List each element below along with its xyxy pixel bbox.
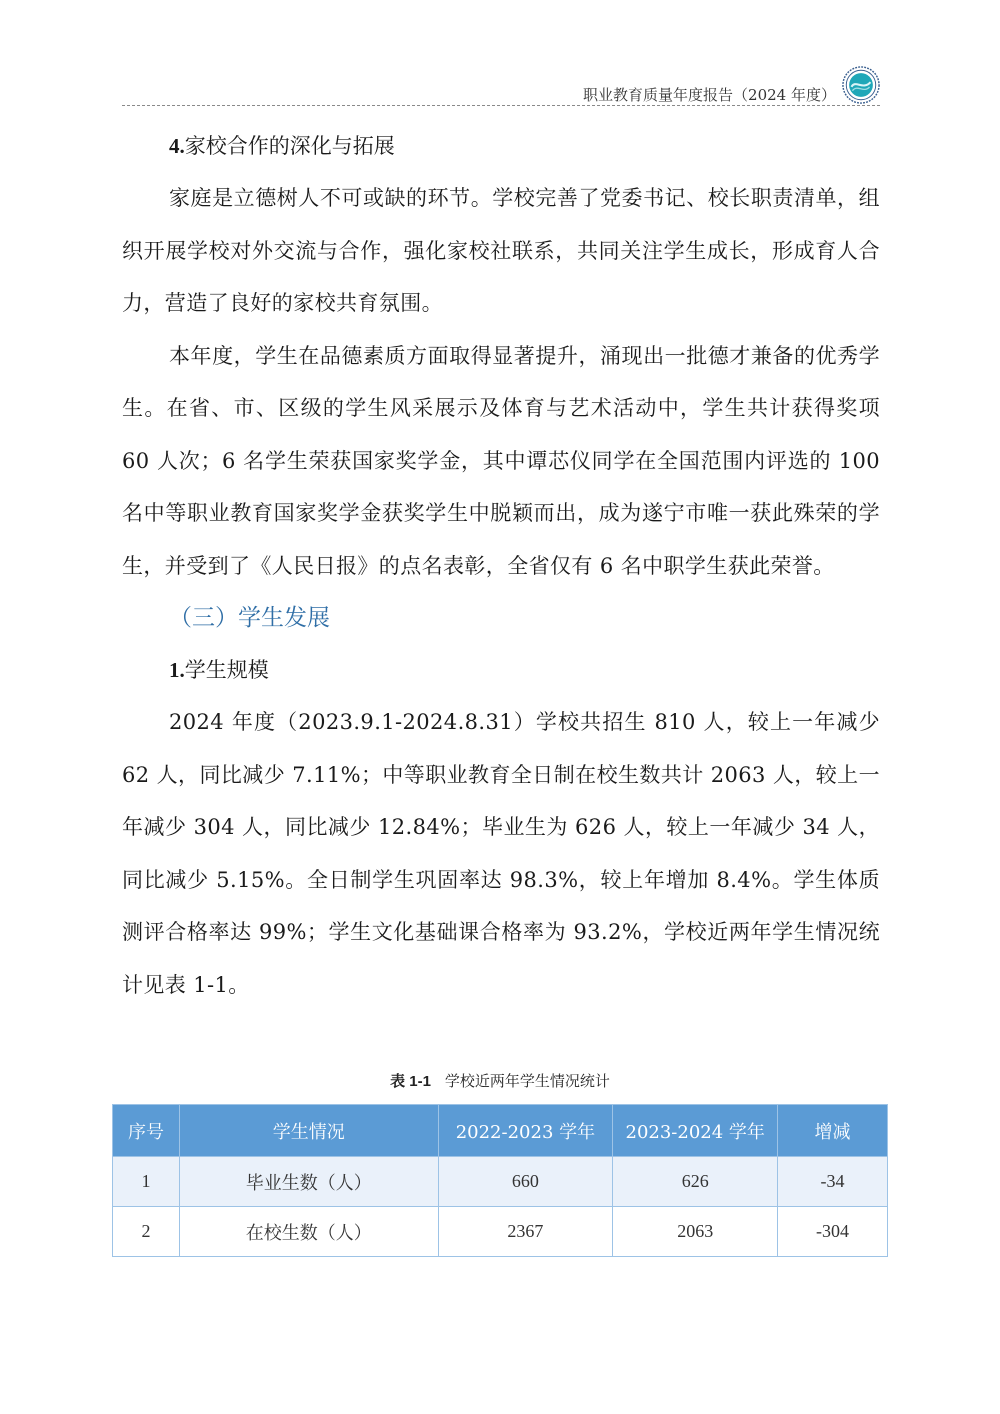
cell-value: 2063 bbox=[613, 1207, 778, 1257]
cell-change: -304 bbox=[778, 1207, 888, 1257]
column-header: 2022-2023 学年 bbox=[438, 1105, 613, 1157]
table-row: 1 毕业生数（人） 660 626 -34 bbox=[113, 1157, 888, 1207]
heading-text: 学生规模 bbox=[185, 658, 269, 682]
column-header: 2023-2024 学年 bbox=[613, 1105, 778, 1157]
subsection-heading-1: 1.学生规模 bbox=[122, 644, 880, 696]
paragraph: 2024 年度（2023.9.1-2024.8.31）学校共招生 810 人，较… bbox=[122, 696, 880, 1011]
header-divider bbox=[122, 105, 880, 106]
page-header: 职业教育质量年度报告（2024 年度） bbox=[122, 62, 880, 106]
cell-change: -34 bbox=[778, 1157, 888, 1207]
cell-index: 1 bbox=[113, 1157, 180, 1207]
column-header: 增减 bbox=[778, 1105, 888, 1157]
cell-label: 毕业生数（人） bbox=[179, 1157, 438, 1207]
paragraph: 家庭是立德树人不可或缺的环节。学校完善了党委书记、校长职责清单，组织开展学校对外… bbox=[122, 172, 880, 330]
report-title: 职业教育质量年度报告（2024 年度） bbox=[583, 84, 836, 105]
table-header-row: 序号 学生情况 2022-2023 学年 2023-2024 学年 增减 bbox=[113, 1105, 888, 1157]
subsection-heading-4: 4.家校合作的深化与拓展 bbox=[122, 120, 880, 172]
column-header: 学生情况 bbox=[179, 1105, 438, 1157]
heading-text: 家校合作的深化与拓展 bbox=[185, 134, 395, 158]
table-title: 学校近两年学生情况统计 bbox=[445, 1072, 610, 1090]
heading-number: 1. bbox=[169, 658, 185, 682]
column-header: 序号 bbox=[113, 1105, 180, 1157]
document-body: 4.家校合作的深化与拓展 家庭是立德树人不可或缺的环节。学校完善了党委书记、校长… bbox=[122, 120, 880, 1011]
student-stats-table: 序号 学生情况 2022-2023 学年 2023-2024 学年 增减 1 毕… bbox=[112, 1104, 888, 1257]
paragraph: 本年度，学生在品德素质方面取得显著提升，涌现出一批德才兼备的优秀学生。在省、市、… bbox=[122, 330, 880, 593]
section-heading-student-development: （三）学生发展 bbox=[122, 592, 880, 644]
table-row: 2 在校生数（人） 2367 2063 -304 bbox=[113, 1207, 888, 1257]
cell-value: 626 bbox=[613, 1157, 778, 1207]
cell-value: 660 bbox=[438, 1157, 613, 1207]
cell-value: 2367 bbox=[438, 1207, 613, 1257]
table-caption: 表 1-1学校近两年学生情况统计 bbox=[0, 1070, 1000, 1091]
cell-label: 在校生数（人） bbox=[179, 1207, 438, 1257]
table-number: 表 1-1 bbox=[390, 1073, 431, 1090]
cell-index: 2 bbox=[113, 1207, 180, 1257]
school-emblem-icon bbox=[842, 66, 880, 104]
heading-number: 4. bbox=[169, 134, 185, 158]
